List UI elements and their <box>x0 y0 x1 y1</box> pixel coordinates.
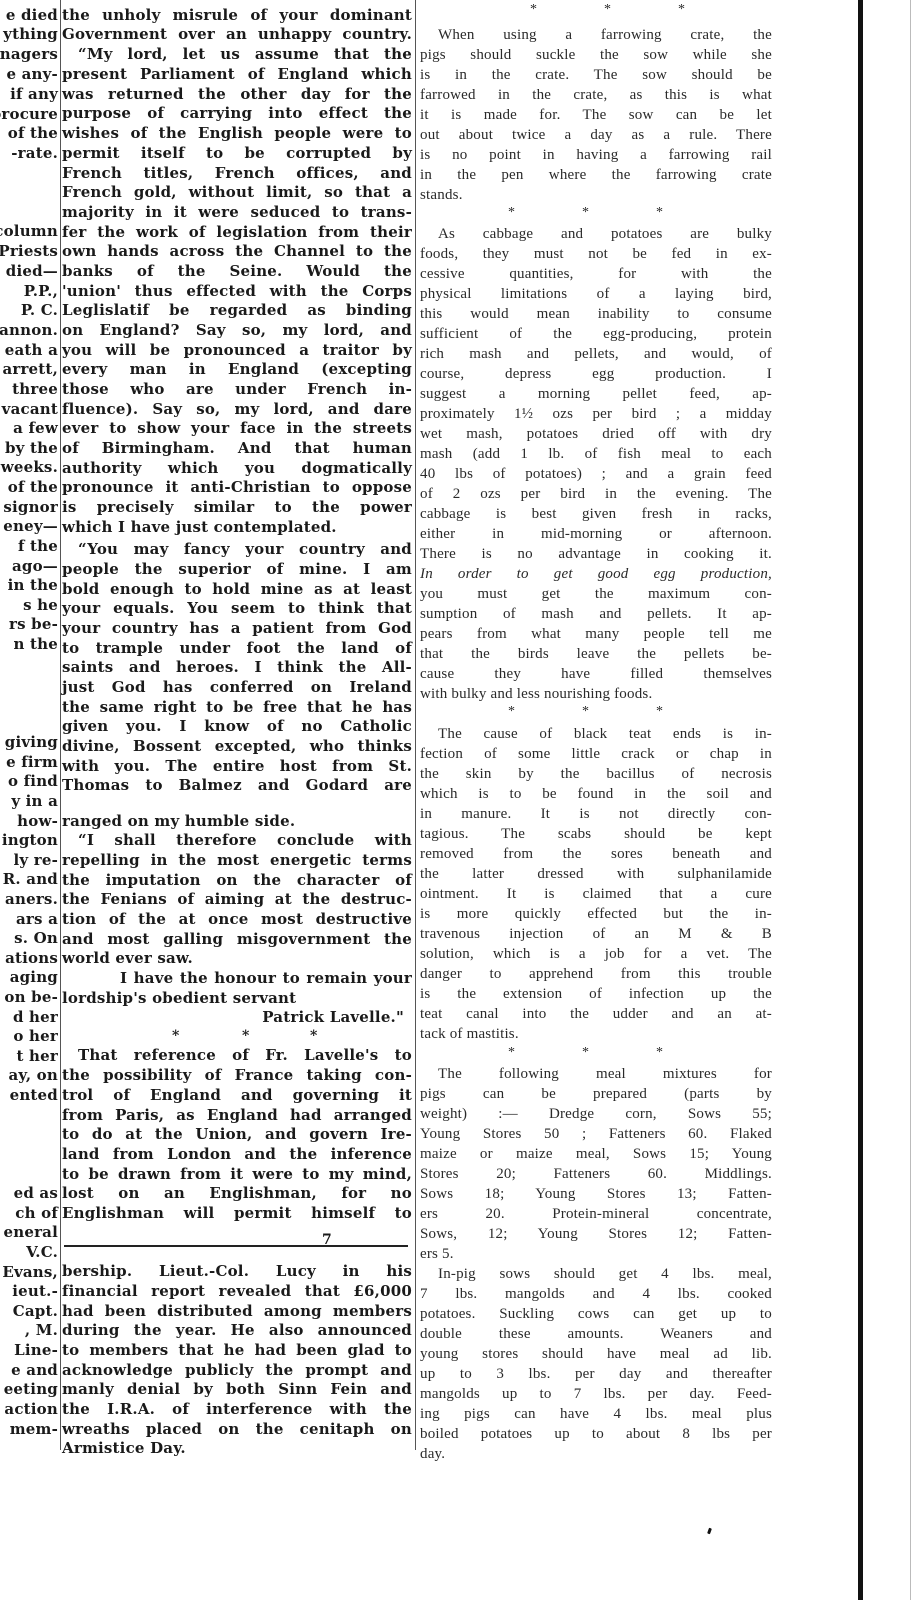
fragment-line: V.C. <box>26 1243 58 1263</box>
fragment-line: Evans, <box>2 1263 58 1283</box>
farm-note-line: solution, which is a job for a vet. The <box>420 945 772 965</box>
commentary-text-line: land from London and the inference <box>62 1145 412 1165</box>
commentary-text-line: Englishman will permit himself to <box>62 1204 412 1224</box>
letter-text-line: fluence). Say so, my lord, and dare <box>62 400 412 420</box>
fragment-line: o find <box>8 772 58 792</box>
asterisk-icon: * <box>582 205 589 221</box>
farm-note-line: The cause of black teat ends is in- <box>420 725 772 745</box>
fragment-line: e died <box>6 6 58 26</box>
farm-note-line: sufficient of the egg-producing, protein <box>420 325 772 345</box>
farm-note-line: Stores 20; Fatteners 60. Middlings. <box>420 1165 772 1185</box>
article-text-line: acknowledge publicly the prompt and <box>62 1361 412 1381</box>
letter-text-line: purpose of carrying into effect the <box>62 104 412 124</box>
farm-note-line: boiled potatoes up to about 8 lbs per <box>420 1425 772 1445</box>
asterisk-icon: * <box>508 704 515 720</box>
farm-note-line: either in mid-morning or afternoon. <box>420 525 772 545</box>
asterisk-icon: * <box>582 704 589 720</box>
farm-note-line: ers 5. <box>420 1245 772 1265</box>
fragment-line: Priests <box>0 242 58 262</box>
fragment-line: ything <box>3 25 58 45</box>
farm-note-line: of 2 ozs per bird in the evening. The <box>420 485 772 505</box>
commentary-text-line: That reference of Fr. Lavelle's to <box>62 1046 412 1066</box>
article-divider <box>64 1245 408 1247</box>
letter-text-line: “My lord, let us assume that the <box>62 45 412 65</box>
farm-note-line: is the extension of infection up the <box>420 985 772 1005</box>
letter-text-line: “I shall therefore conclude with <box>62 831 412 851</box>
fragment-line: aners. <box>5 890 58 910</box>
farm-note-line: ointment. It is claimed that a cure <box>420 885 772 905</box>
farm-note-line: which is to be found in the soil and <box>420 785 772 805</box>
fragment-line: mem- <box>10 1420 58 1440</box>
letter-text-line: ever to show your face in the streets <box>62 419 412 439</box>
farm-note-line: is in the crate. The sow should be <box>420 66 772 86</box>
letter-text-line: and most galling misgovernment the <box>62 930 412 950</box>
farm-note-line: double these amounts. Weaners and <box>420 1325 772 1345</box>
fragment-line: if any <box>10 85 58 105</box>
fragment-line: ago— <box>12 557 58 577</box>
fragment-line: of the <box>8 478 58 498</box>
letter-text-line: pronounce it anti-Christian to oppose <box>62 478 412 498</box>
commentary-text-line: to be drawn from it were to my mind, <box>62 1165 412 1185</box>
letter-text-line: present Parliament of England which <box>62 65 412 85</box>
farm-note-line: danger to apprehend from this trouble <box>420 965 772 985</box>
fragment-line: , M. <box>25 1321 58 1341</box>
letter-text-line: 'union' thus effected with the Corps <box>62 282 412 302</box>
letter-text-line: the same right to be free that he has <box>62 698 412 718</box>
asterisk-icon: * <box>172 1028 179 1044</box>
farm-note-line: The following meal mixtures for <box>420 1065 772 1085</box>
letter-text-line: people the superior of mine. I am <box>62 560 412 580</box>
fragment-line: died— <box>6 262 58 282</box>
farm-note-line: pears from what many people tell me <box>420 625 772 645</box>
farm-note-line: cessive quantities, for with the <box>420 265 772 285</box>
farm-note-line: ing pigs can have 4 lbs. meal plus <box>420 1405 772 1425</box>
letter-text-line: saints and heroes. I think the All- <box>62 658 412 678</box>
letter-text-line: banks of the Seine. Would the <box>62 262 412 282</box>
article-text-line: financial report revealed that £6,000 <box>62 1282 412 1302</box>
fragment-line: ented <box>10 1086 58 1106</box>
article-text-line: the I.R.A. of interference with the <box>62 1400 412 1420</box>
farm-note-line: sumption of mash and pellets. It ap- <box>420 605 772 625</box>
fragment-line: rs be- <box>9 615 58 635</box>
farm-note-line: As cabbage and potatoes are bulky <box>420 225 772 245</box>
letter-text-line: was returned the other day for the <box>62 85 412 105</box>
letter-text-line: which I have just contemplated. <box>62 518 412 538</box>
farm-note-line: is more quickly effected but the in- <box>420 905 772 925</box>
asterisk-icon: * <box>508 1045 515 1061</box>
article-text-line: Armistice Day. <box>62 1439 412 1459</box>
farm-note-line: maize or maize meal, Sows 15; Young <box>420 1145 772 1165</box>
fragment-line: three <box>12 380 58 400</box>
article-text-line: bership. Lieut.-Col. Lucy in his <box>62 1262 412 1282</box>
asterisk-icon: * <box>310 1028 317 1044</box>
farm-note-line: young stores should have meal ad lib. <box>420 1345 772 1365</box>
letter-text-line: is precisely similar to the power <box>62 498 412 518</box>
fragment-line: Capt. <box>13 1302 58 1322</box>
farm-note-line: removed from the sores beneath and <box>420 845 772 865</box>
column-rule-center <box>415 0 416 1450</box>
farm-note-line: with bulky and less nourishing foods. <box>420 685 772 705</box>
fragment-line: ington <box>2 831 58 851</box>
letter-text-line: of Birmingham. And that human <box>62 439 412 459</box>
letter-text-line: given you. I know of no Catholic <box>62 717 412 737</box>
fragment-line: ed as <box>14 1184 58 1204</box>
page-edge-rule <box>858 0 863 1600</box>
letter-text-line: Patrick Lavelle." <box>62 1008 412 1028</box>
farm-note-line: 40 lbs of potatoes) ; and a grain feed <box>420 465 772 485</box>
letter-text-line: tion of the at once most destructive <box>62 910 412 930</box>
farm-note-line: in the pen where the farrowing crate <box>420 166 772 186</box>
farm-note-line: tack of mastitis. <box>420 1025 772 1045</box>
commentary-text-line: lost on an Englishman, for no <box>62 1184 412 1204</box>
farm-note-line: physical limitations of a laying bird, <box>420 285 772 305</box>
letter-text-line: fer the work of legislation from their <box>62 223 412 243</box>
farm-note-line: in manure. It is not directly con- <box>420 805 772 825</box>
fragment-line: e and <box>11 1361 58 1381</box>
farm-note-line: proximately 1½ ozs per bird ; a midday <box>420 405 772 425</box>
fragment-line: arrett, <box>2 360 58 380</box>
asterisk-icon: * <box>604 2 611 18</box>
fragment-line: weeks. <box>1 458 58 478</box>
asterisk-icon: * <box>582 1045 589 1061</box>
letter-text-line: those who are under French in- <box>62 380 412 400</box>
fragment-line: eath a <box>5 341 58 361</box>
letter-text-line: the unholy misrule of your dominant <box>62 6 412 26</box>
fragment-line: e any- <box>6 65 58 85</box>
letter-text-line: Thomas to Balmez and Godard are <box>62 776 412 796</box>
letter-text-line: your country has a patient from God <box>62 619 412 639</box>
farm-note-line: ers 20. Protein-mineral concentrate, <box>420 1205 772 1225</box>
commentary-text-line: trol of England and governing it <box>62 1086 412 1106</box>
farm-note-line: it is made for. The sow can be let <box>420 106 772 126</box>
farm-note-line: is no point in having a farrowing rail <box>420 146 772 166</box>
letter-text-line: your equals. You seem to think that <box>62 599 412 619</box>
farm-note-line: When using a farrowing crate, the <box>420 26 772 46</box>
fragment-line: giving <box>5 733 58 753</box>
letter-text-line: “You may fancy your country and <box>62 540 412 560</box>
fragment-line: R. and <box>3 870 58 890</box>
farm-note-line: farrowed in the crate, as this is what <box>420 86 772 106</box>
letter-text-line: Government over an unhappy country. <box>62 25 412 45</box>
asterisk-icon: * <box>656 704 663 720</box>
farm-note-line: the skin by the bacillus of necrosis <box>420 765 772 785</box>
fragment-line: ch of <box>15 1204 58 1224</box>
farm-note-line: cause they have filled themselves <box>420 665 772 685</box>
farm-note-line: pigs should suckle the sow while she <box>420 46 772 66</box>
commentary-text-line: to do at the Union, and govern Ire- <box>62 1125 412 1145</box>
farm-note-line: out about twice a day as a rule. There <box>420 126 772 146</box>
farm-note-line: mash (add 1 lb. of fish meal to each <box>420 445 772 465</box>
farm-note-line: suggest a morning pellet feed, ap- <box>420 385 772 405</box>
article-text-line: to members that he had been glad to <box>62 1341 412 1361</box>
fragment-line: by the <box>5 439 58 459</box>
fragment-line: of the <box>8 124 58 144</box>
farm-note-line: There is no advantage in cooking it. <box>420 545 772 565</box>
fragment-line: annon. <box>0 321 58 341</box>
fragment-line: column <box>0 222 58 242</box>
farm-note-line: tagious. The scabs should be kept <box>420 825 772 845</box>
fragment-line: eeting <box>4 1380 58 1400</box>
letter-text-line: bold enough to hold mine as at least <box>62 580 412 600</box>
fragment-line: procure <box>0 105 58 125</box>
farm-note-line: fection of some little crack or chap in <box>420 745 772 765</box>
farm-note-line: Young Stores 50 ; Fatteners 60. Flaked <box>420 1125 772 1145</box>
fragment-line: a few <box>13 419 58 439</box>
letter-text-line: on England? Say so, my lord, and <box>62 321 412 341</box>
fragment-line: o her <box>13 1027 58 1047</box>
fragment-line: f the <box>18 537 58 557</box>
fragment-line: ly re- <box>13 851 58 871</box>
fragment-line: e firm <box>6 753 58 773</box>
farm-note-line: the latter dressed with sulphanilamide <box>420 865 772 885</box>
fragment-line: -rate. <box>11 144 58 164</box>
farm-note-line: In order to get good egg production, <box>420 565 772 585</box>
letter-text-line: own hands across the Channel to the <box>62 242 412 262</box>
farm-note-line: that the birds leave the pellets be- <box>420 645 772 665</box>
fragment-line: P. C. <box>21 301 58 321</box>
fragment-line: Line- <box>14 1341 58 1361</box>
letter-text-line: authority which you dogmatically <box>62 459 412 479</box>
letter-text-line: just God has conferred on Ireland <box>62 678 412 698</box>
fragment-line: ations <box>5 949 58 969</box>
fragment-line: ay, on <box>8 1066 58 1086</box>
fragment-line: nagers <box>0 45 58 65</box>
fragment-line: on be- <box>4 988 58 1008</box>
farm-note-line: weight) :— Dredge corn, Sows 55; <box>420 1105 772 1125</box>
asterisk-icon: * <box>508 205 515 221</box>
farm-note-line: foods, they must not be fed in ex- <box>420 245 772 265</box>
page-edge-thin-rule <box>910 0 911 1600</box>
asterisk-icon: * <box>678 2 685 18</box>
farm-note-line: cabbage is best given fresh in racks, <box>420 505 772 525</box>
letter-text-line: to trample under foot the land of <box>62 639 412 659</box>
letter-text-line: French gold, without limit, so that a <box>62 183 412 203</box>
letter-text-line: wishes of the English people were to <box>62 124 412 144</box>
farm-note-line: this would mean inability to consume <box>420 305 772 325</box>
letter-text-line: majority in it were seduced to trans- <box>62 203 412 223</box>
fragment-line: action <box>4 1400 58 1420</box>
fragment-line: vacant <box>2 400 58 420</box>
farm-note-line: you must get the maximum con- <box>420 585 772 605</box>
fragment-line: ieut.- <box>12 1282 58 1302</box>
ink-speck <box>707 1528 712 1535</box>
letter-text-line: divine, Bossent excepted, who thinks <box>62 737 412 757</box>
farm-note-line: 7 lbs. mangolds and 4 lbs. cooked <box>420 1285 772 1305</box>
farm-note-line: rich mash and pellets, and would, of <box>420 345 772 365</box>
fragment-line: P.P., <box>24 282 58 302</box>
farm-note-line: potatoes. Suckling cows can get up to <box>420 1305 772 1325</box>
asterisk-icon: * <box>242 1028 249 1044</box>
letter-text-line: world ever saw. <box>62 949 412 969</box>
asterisk-icon: * <box>530 2 537 18</box>
letter-text-line: lordship's obedient servant <box>62 989 412 1009</box>
farm-note-line: course, depress egg production. I <box>420 365 772 385</box>
article-text-line: wreaths placed on the cenitaph on <box>62 1420 412 1440</box>
article-text-line: manly denial by both Sinn Fein and <box>62 1380 412 1400</box>
asterisk-icon: * <box>656 1045 663 1061</box>
farm-note-line: teat canal into the udder and an at- <box>420 1005 772 1025</box>
farm-note-line: day. <box>420 1445 772 1465</box>
asterisk-icon: * <box>656 205 663 221</box>
farm-note-line: In-pig sows should get 4 lbs. meal, <box>420 1265 772 1285</box>
farm-note-line: wet mash, potatoes dried off with dry <box>420 425 772 445</box>
commentary-text-line: the possibility of France taking con- <box>62 1066 412 1086</box>
commentary-text-line: from Paris, as England had arranged <box>62 1106 412 1126</box>
column-rule-left <box>60 0 61 1450</box>
farm-note-line: travenous injection of an M & B <box>420 925 772 945</box>
farm-note-line: Sows 18; Young Stores 13; Fatten- <box>420 1185 772 1205</box>
article-text-line: had been distributed among members <box>62 1302 412 1322</box>
farm-note-line: stands. <box>420 186 772 206</box>
letter-text-line: the imputation on the character of <box>62 871 412 891</box>
letter-text-line: repelling in the most energetic terms <box>62 851 412 871</box>
fragment-line: eney— <box>3 517 58 537</box>
fragment-line: s he <box>23 596 58 616</box>
fragment-line: d her <box>13 1008 58 1028</box>
farm-note-line: pigs can be prepared (parts by <box>420 1085 772 1105</box>
letter-text-line: Leglislatif be regarded as binding <box>62 301 412 321</box>
letter-text-line: French titles, French offices, and <box>62 164 412 184</box>
fragment-line: t her <box>16 1047 58 1067</box>
fragment-line: how- <box>17 812 58 832</box>
fragment-line: y in a <box>11 792 58 812</box>
letter-text-line: the Fenians of aiming at the destruc- <box>62 890 412 910</box>
article-text-line: during the year. He also announced <box>62 1321 412 1341</box>
fragment-line: n the <box>13 635 58 655</box>
letter-text-line: you will be pronounced a traitor by <box>62 341 412 361</box>
fragment-line: eneral <box>3 1223 58 1243</box>
letter-text-line: with you. The entire host from St. <box>62 757 412 777</box>
stray-mark: 7 <box>322 1232 332 1248</box>
farm-note-line: Sows, 12; Young Stores 12; Fatten- <box>420 1225 772 1245</box>
letter-text-line: ranged on my humble side. <box>62 812 412 832</box>
letter-text-line: permit itself to be corrupted by <box>62 144 412 164</box>
fragment-line: ars a <box>16 910 58 930</box>
fragment-line: s. On <box>14 929 58 949</box>
letter-text-line: I have the honour to remain your <box>62 969 412 989</box>
fragment-line: signor <box>3 498 58 518</box>
farm-note-line: up to 3 lbs. per day and thereafter <box>420 1365 772 1385</box>
farm-note-line: mangolds up to 7 lbs. per day. Feed- <box>420 1385 772 1405</box>
fragment-line: in the <box>8 576 58 596</box>
letter-text-line: every man in England (excepting <box>62 360 412 380</box>
fragment-line: aging <box>10 968 58 988</box>
